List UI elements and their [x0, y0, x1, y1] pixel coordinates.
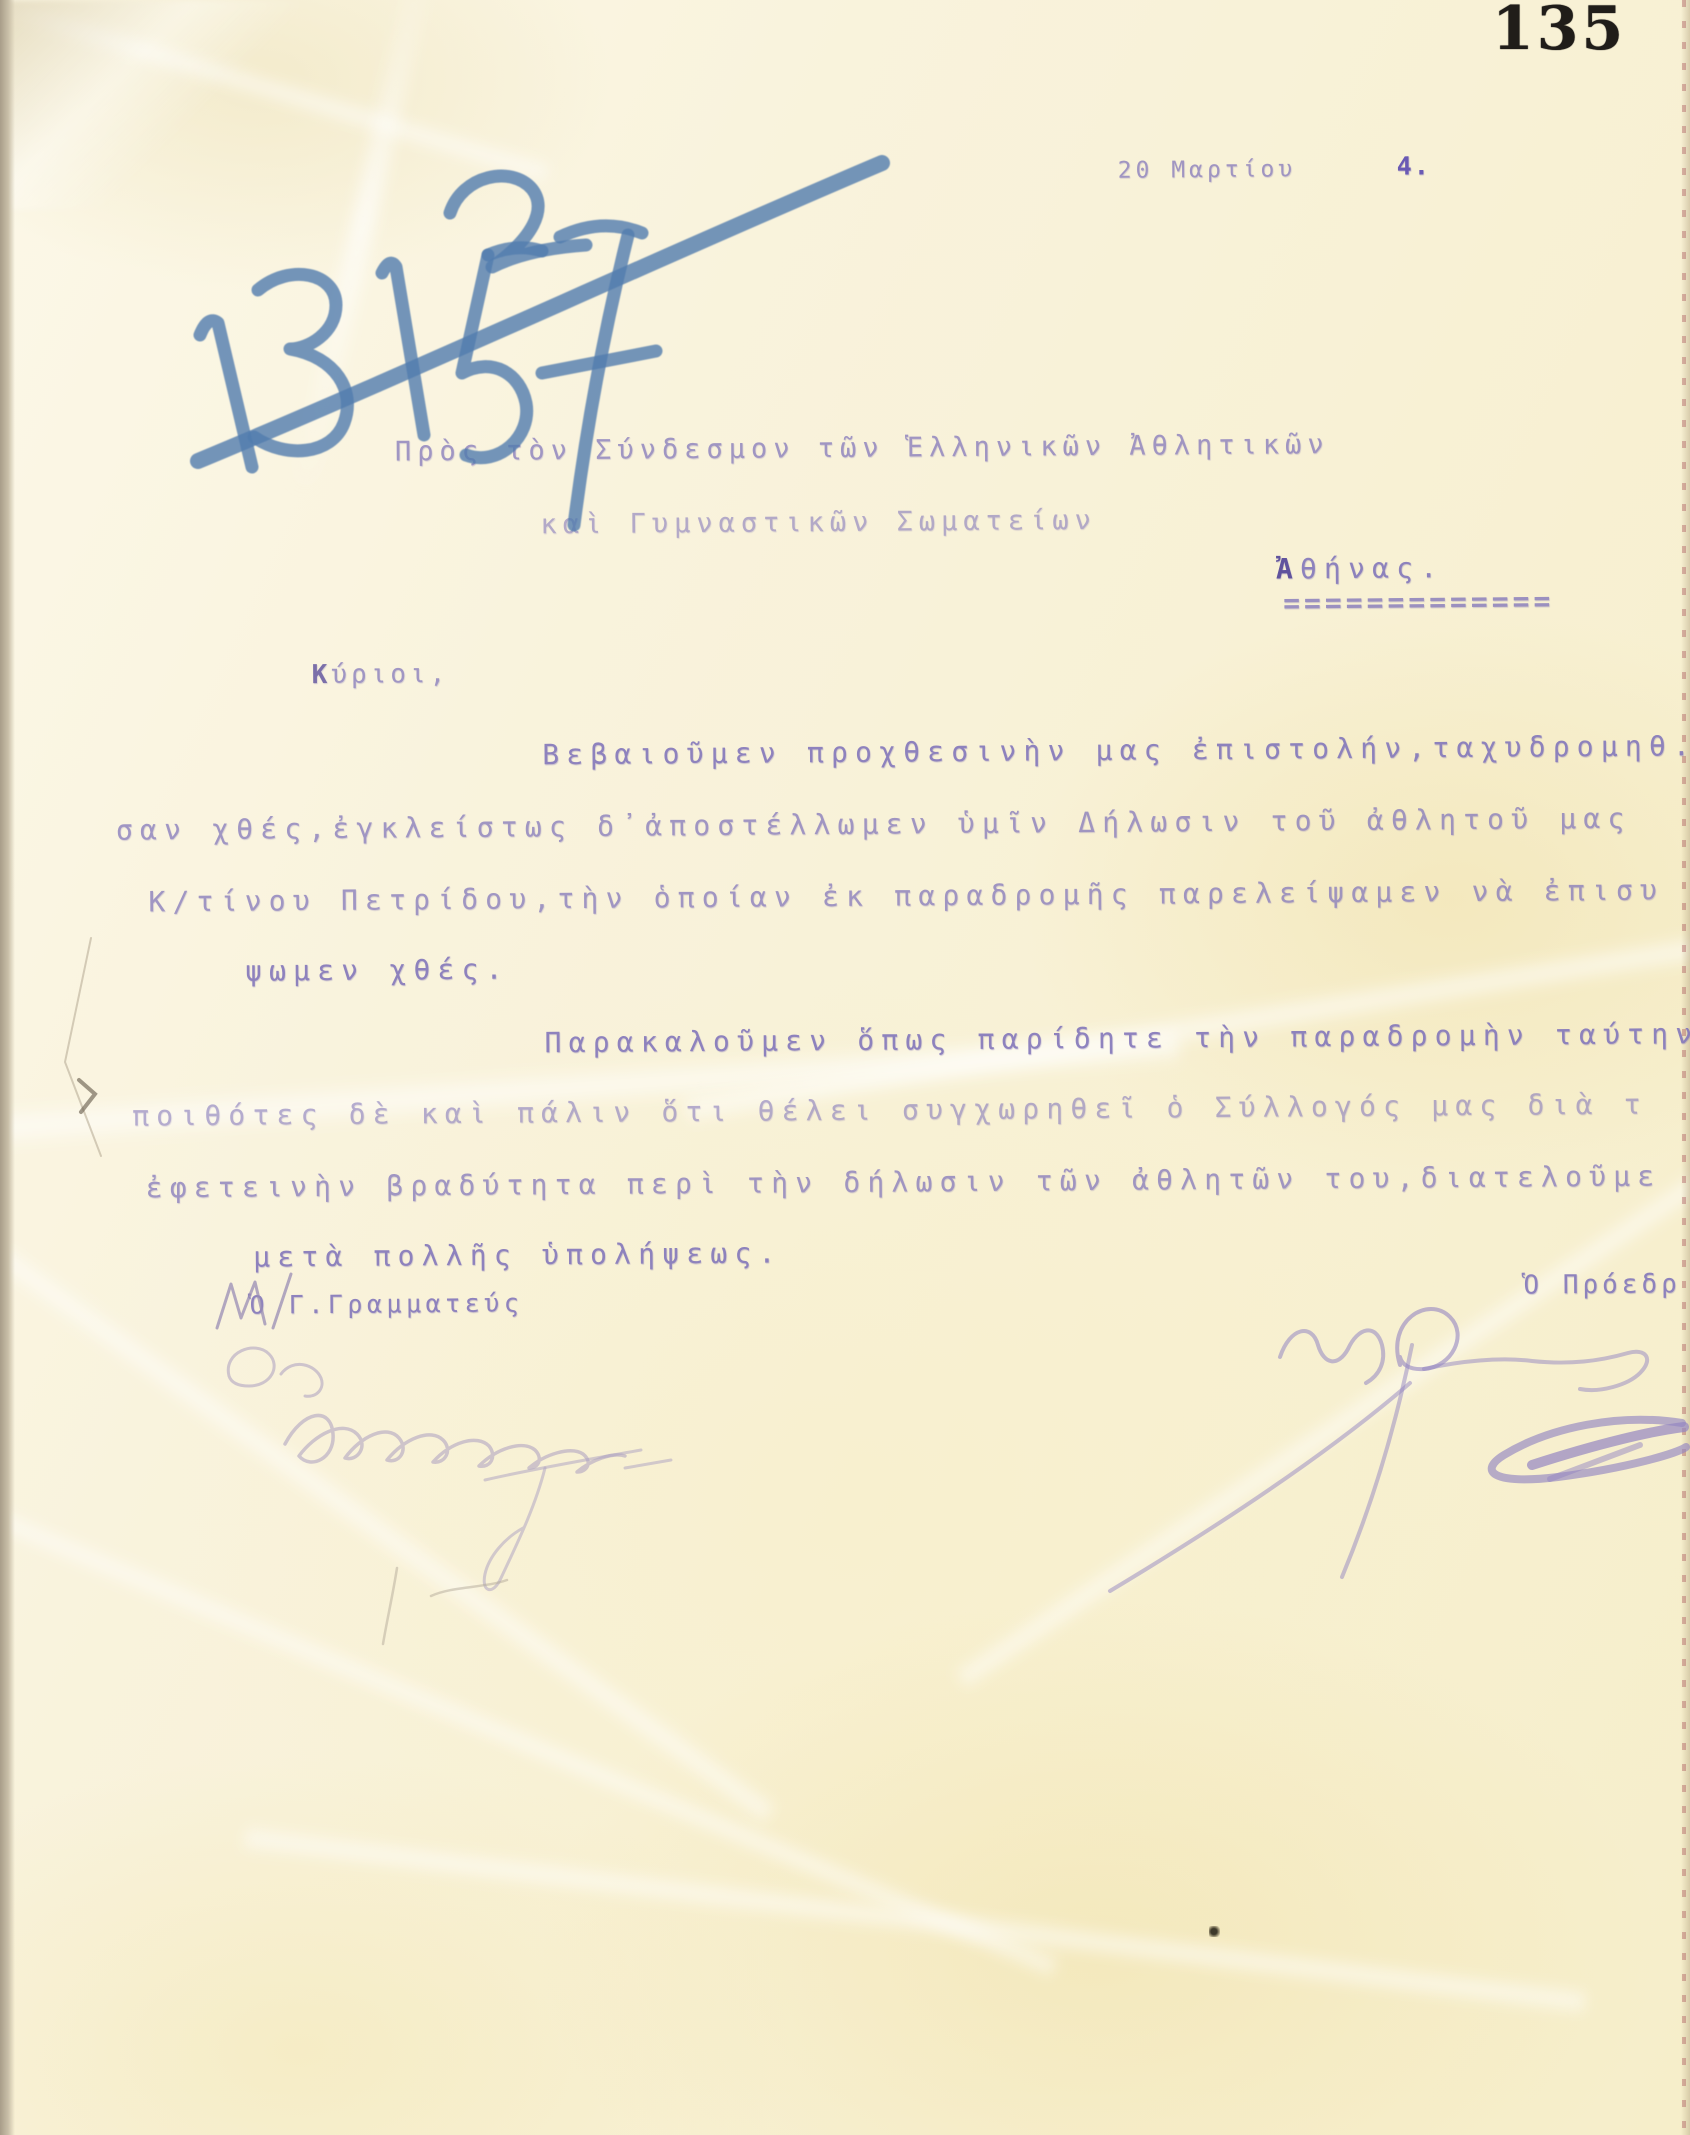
scanned-letter-page: 135 20 Μαρτίου 4. Πρὸς τὸν Σύνδεσμον τῶν…	[0, 0, 1690, 2135]
president-signature	[1080, 1265, 1690, 1605]
margin-fold-marks	[55, 930, 145, 1170]
body-line-4: ψωμεν χθές.	[245, 954, 510, 988]
body-line-3: Κ/τίνου Πετρίδου,τὴν ὁποίαν ἐκ παραδρομῆ…	[148, 874, 1664, 918]
city-underline: =============	[1283, 585, 1554, 619]
body-line-2: σαν χθές,ἐγκλείστως δ᾽ἀποστέλλωμεν ὑμῖν …	[116, 803, 1632, 847]
salutation: Κύριοι,	[312, 658, 450, 691]
body-line-5: Παρακαλοῦμεν ὅπως παρίδητε τὴν παραδρομὴ…	[544, 1018, 1690, 1059]
recipient-line-2: καὶ Γυμναστικῶν Σωματείων	[540, 505, 1097, 541]
date-line: 20 Μαρτίου	[1118, 153, 1297, 186]
ink-speck	[1209, 1926, 1220, 1937]
date-number: 4.	[1397, 150, 1431, 182]
body-line-6: ποιθότες δὲ καὶ πάλιν ὅτι θέλει συγχωρηθ…	[132, 1089, 1648, 1133]
marginal-initials-mark	[217, 1274, 291, 1328]
body-line-1: Βεβαιοῦμεν προχθεσινὴν μας ἐπιστολήν,ταχ…	[542, 730, 1690, 771]
secretary-signature	[185, 1258, 705, 1688]
body-line-7: ἐφετεινὴν βραδύτητα περὶ τὴν δήλωσιν τῶν…	[146, 1161, 1662, 1205]
recipient-city: Ἀθήνας.	[1276, 552, 1445, 585]
handwritten-folio-fraction	[140, 105, 930, 505]
